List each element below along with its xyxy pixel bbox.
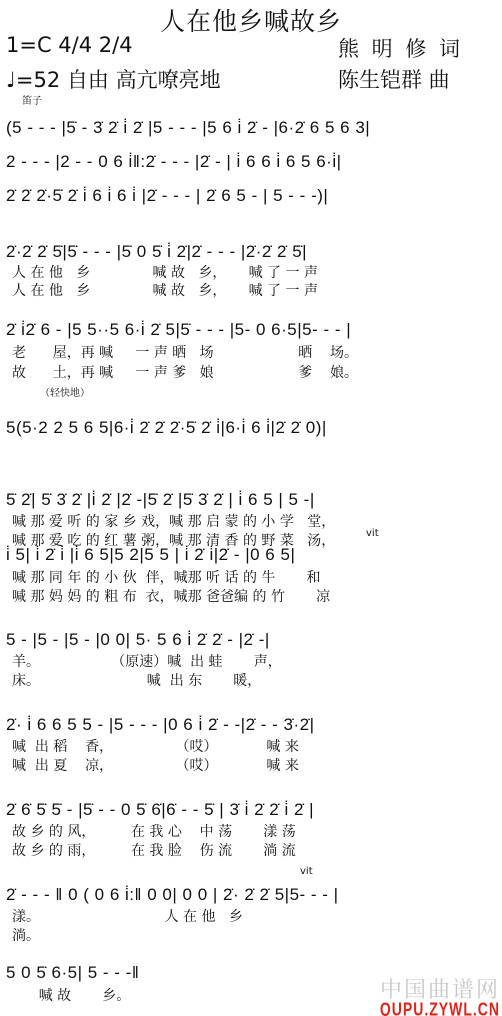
score-row-7: 5̇ 2̇| 5̇ 3̇ 2̇ |i̇ 2̇ |2̇ -|5̇ 2̇ |5̇ 3… bbox=[6, 490, 496, 510]
score-row-8: i̇ 5| i̇ 2̇ i̇ |i̇ 6 5|5 2|5 5 | i̇ 2̇ i… bbox=[6, 545, 496, 565]
lyrics-row-11-verse-1: 故 乡 的 风， 在 我 心 中 荡 漾 荡 bbox=[12, 821, 502, 841]
score-row-11: 2̇ 6̇ 5̇ 5̇ - |5̇ - - 0 5̇ 6̇|6̇ - - 5̇ … bbox=[6, 800, 496, 820]
lyrics-row-12-verse-1: 漾。 人 在 他 乡 bbox=[12, 906, 502, 926]
instrument-label: 笛子 bbox=[22, 92, 42, 107]
lyrics-row-5-verse-2: 故 土，再 喊 一 声 爹 娘 爹 娘。 bbox=[12, 362, 502, 382]
lyrics-row-10-verse-1: 喊 出 稻 香， （哎） 喊 来 bbox=[12, 736, 502, 756]
lyrics-row-9-verse-2: 床。 喊 出 东 暖， bbox=[12, 670, 502, 690]
watermark-en: QUPU.ZYWL.CN bbox=[380, 1000, 500, 1016]
tempo-marking: ♩=52 自由 高亢嘹亮地 bbox=[6, 64, 221, 94]
expression-marking: （轻快地） bbox=[40, 384, 90, 399]
vit-marking: vit bbox=[366, 528, 379, 539]
lyrics-row-5-verse-1: 老 屋，再 喊 一 声 晒 场 晒 场。 bbox=[12, 342, 502, 362]
vit-marking-2: vit bbox=[300, 866, 313, 877]
score-row-6: 5(5·2 2 5 6 5|6·i̇ 2̇ 2̇ 2̇·5̇ 2̇ i̇|6·i… bbox=[6, 418, 496, 438]
score-row-3: 2̇ 2̇ 2̇·5̇ 2̇ i̇ 6 i̇ 6 i̇ |2̇ - - - | … bbox=[6, 186, 496, 206]
lyrics-row-4-verse-1: 人 在 他 乡 喊 故 乡， 喊 了 一 声 bbox=[12, 262, 502, 282]
score-row-1: (5 - - - |5̇ - 3̇ 2̇ i̇ 2̇ |5 - - - |5 6… bbox=[6, 118, 496, 138]
lyrics-row-8-verse-2: 喊 那 妈 妈 的 粗 布 衣，喊那 爸爸编 的 竹 凉 bbox=[12, 586, 502, 606]
lyrics-row-11-verse-2: 故 乡 的 雨， 在 我 脸 伤 流 淌 流 bbox=[12, 840, 502, 860]
lyrics-row-4-verse-2: 人 在 他 乡 喊 故 乡， 喊 了 一 声 bbox=[12, 280, 502, 300]
lyrics-row-9-verse-1: 羊。 （原速）喊 出 蛙 声， bbox=[12, 651, 502, 671]
score-row-5: 2̇ i̇2̇ 6 - |5 5··5 6·i̇ 2̇ 5|5̇ - - - |… bbox=[6, 320, 496, 340]
score-row-2: 2 - - - |2 - - 0 6 i̇‖:2̇ - - - |2̇ - | … bbox=[6, 152, 496, 172]
lyrics-row-8-verse-1: 喊 那 同 年 的 小 伙 伴，喊那 听 话 的 牛 和 bbox=[12, 567, 502, 587]
key-meter: 1=C 4/4 2/4 bbox=[6, 33, 133, 57]
lyrics-row-10-verse-2: 喊 出 夏 凉， （哎） 喊 来 bbox=[12, 755, 502, 775]
composer: 陈生铠群 曲 bbox=[338, 64, 450, 94]
score-row-12: 2̇ - - - ‖ 0 ( 0 6 i̇:‖ 0 0| 0 0 | 2̇· 2… bbox=[6, 885, 496, 905]
lyricist: 熊 明 修 词 bbox=[338, 33, 463, 63]
score-row-10: 2̇· i̇ 6 6 5 5 - |5 - - - |0 6 i̇ 2̇ - -… bbox=[6, 715, 496, 735]
site-watermark: 中国曲谱网 QUPU.ZYWL.CN bbox=[380, 980, 500, 1016]
score-row-4: 2̇·2̇ 2̇ 5̇|5̇ - - - |5̇ 0 5̇ i̇ 2̇|2̇ -… bbox=[6, 242, 496, 262]
lyrics-row-7-verse-1: 喊 那 爱 听 的 家 乡 戏，喊 那 启 蒙 的 小 学 堂， bbox=[12, 511, 502, 531]
score-row-9: 5 - |5 - |5 - |0 0| 5· 5 6 i̇ 2̇ 2̇ - |2… bbox=[6, 630, 496, 650]
lyrics-row-12-verse-2: 淌。 bbox=[12, 925, 502, 945]
